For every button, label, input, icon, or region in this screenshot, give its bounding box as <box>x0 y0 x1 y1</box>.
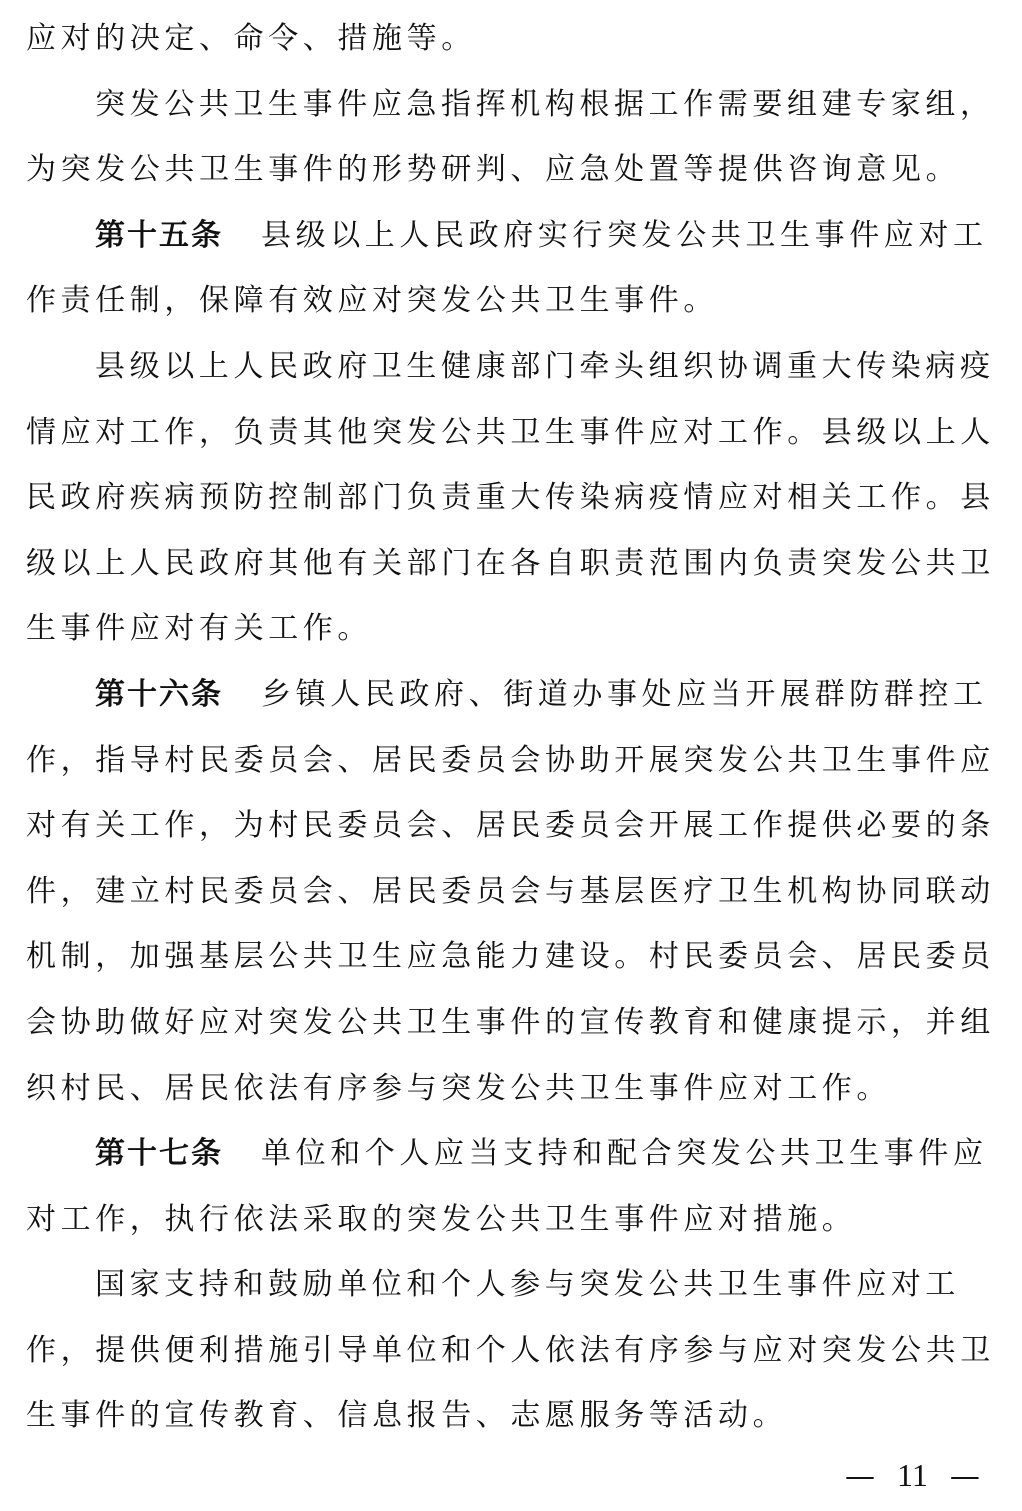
line-text: 为突发公共卫生事件的形势研判、应急处置等提供咨询意见。 <box>26 152 960 187</box>
text-line: 机制，加强基层公共卫生应急能力建设。村民委员会、居民委员 <box>26 924 998 990</box>
article-17-line: 第十七条单位和个人应当支持和配合突发公共卫生事件应 <box>26 1121 998 1187</box>
text-line: 生事件的宣传教育、信息报告、志愿服务等活动。 <box>26 1383 998 1449</box>
text-line: 会协助做好应对突发公共卫生事件的宣传教育和健康提示，并组 <box>26 990 998 1056</box>
line-text: 单位和个人应当支持和配合突发公共卫生事件应 <box>261 1136 988 1171</box>
line-text: 作，指导村民委员会、居民委员会协助开展突发公共卫生事件应 <box>26 743 995 778</box>
line-text: 会协助做好应对突发公共卫生事件的宣传教育和健康提示，并组 <box>26 1005 995 1040</box>
text-line: 作，指导村民委员会、居民委员会协助开展突发公共卫生事件应 <box>26 728 998 794</box>
article-heading: 第十五条 <box>95 218 223 253</box>
line-text: 生事件应对有关工作。 <box>26 611 372 646</box>
line-text: 对工作，执行依法采取的突发公共卫生事件应对措施。 <box>26 1202 856 1237</box>
line-text: 县级以上人民政府实行突发公共卫生事件应对工 <box>261 218 988 253</box>
text-line: 民政府疾病预防控制部门负责重大传染病疫情应对相关工作。县 <box>26 465 998 531</box>
footer-dash-right: — <box>950 1459 980 1494</box>
page-number: 11 <box>897 1457 928 1493</box>
text-line: 作责任制，保障有效应对突发公共卫生事件。 <box>26 268 998 334</box>
line-text: 乡镇人民政府、街道办事处应当开展群防群控工 <box>261 677 988 712</box>
line-text: 件，建立村民委员会、居民委员会与基层医疗卫生机构协同联动 <box>26 874 995 909</box>
line-text: 级以上人民政府其他有关部门在各自职责范围内负责突发公共卫 <box>26 546 995 581</box>
line-text: 民政府疾病预防控制部门负责重大传染病疫情应对相关工作。县 <box>26 480 995 515</box>
article-15-line: 第十五条县级以上人民政府实行突发公共卫生事件应对工 <box>26 203 998 269</box>
text-line: 情应对工作，负责其他突发公共卫生事件应对工作。县级以上人 <box>26 400 998 466</box>
page-footer: —11— <box>845 1455 980 1497</box>
article-heading: 第十六条 <box>95 677 223 712</box>
text-line: 作，提供便利措施引导单位和个人依法有序参与应对突发公共卫 <box>26 1318 998 1384</box>
text-line: 应对的决定、命令、措施等。 <box>26 6 998 72</box>
text-line: 级以上人民政府其他有关部门在各自职责范围内负责突发公共卫 <box>26 531 998 597</box>
article-heading: 第十七条 <box>95 1136 223 1171</box>
line-text: 作，提供便利措施引导单位和个人依法有序参与应对突发公共卫 <box>26 1333 995 1368</box>
document-page: 应对的决定、命令、措施等。 突发公共卫生事件应急指挥机构根据工作需要组建专家组，… <box>26 6 998 1449</box>
text-line: 织村民、居民依法有序参与突发公共卫生事件应对工作。 <box>26 1056 998 1122</box>
text-line: 对工作，执行依法采取的突发公共卫生事件应对措施。 <box>26 1187 998 1253</box>
paragraph-start-line: 国家支持和鼓励单位和个人参与突发公共卫生事件应对工 <box>26 1252 998 1318</box>
line-text: 突发公共卫生事件应急指挥机构根据工作需要组建专家组， <box>95 87 995 122</box>
text-line: 对有关工作，为村民委员会、居民委员会开展工作提供必要的条 <box>26 793 998 859</box>
line-text: 机制，加强基层公共卫生应急能力建设。村民委员会、居民委员 <box>26 939 995 974</box>
text-line: 件，建立村民委员会、居民委员会与基层医疗卫生机构协同联动 <box>26 859 998 925</box>
line-text: 应对的决定、命令、措施等。 <box>26 21 476 56</box>
line-text: 对有关工作，为村民委员会、居民委员会开展工作提供必要的条 <box>26 808 995 843</box>
line-text: 织村民、居民依法有序参与突发公共卫生事件应对工作。 <box>26 1071 891 1106</box>
footer-dash-left: — <box>845 1459 875 1494</box>
line-text: 作责任制，保障有效应对突发公共卫生事件。 <box>26 283 718 318</box>
line-text: 县级以上人民政府卫生健康部门牵头组织协调重大传染病疫 <box>95 349 995 384</box>
line-text: 情应对工作，负责其他突发公共卫生事件应对工作。县级以上人 <box>26 415 995 450</box>
text-line: 生事件应对有关工作。 <box>26 596 998 662</box>
text-line: 为突发公共卫生事件的形势研判、应急处置等提供咨询意见。 <box>26 137 998 203</box>
line-text: 生事件的宣传教育、信息报告、志愿服务等活动。 <box>26 1398 787 1433</box>
paragraph-start-line: 突发公共卫生事件应急指挥机构根据工作需要组建专家组， <box>26 72 998 138</box>
line-text: 国家支持和鼓励单位和个人参与突发公共卫生事件应对工 <box>95 1267 960 1302</box>
paragraph-start-line: 县级以上人民政府卫生健康部门牵头组织协调重大传染病疫 <box>26 334 998 400</box>
article-16-line: 第十六条乡镇人民政府、街道办事处应当开展群防群控工 <box>26 662 998 728</box>
